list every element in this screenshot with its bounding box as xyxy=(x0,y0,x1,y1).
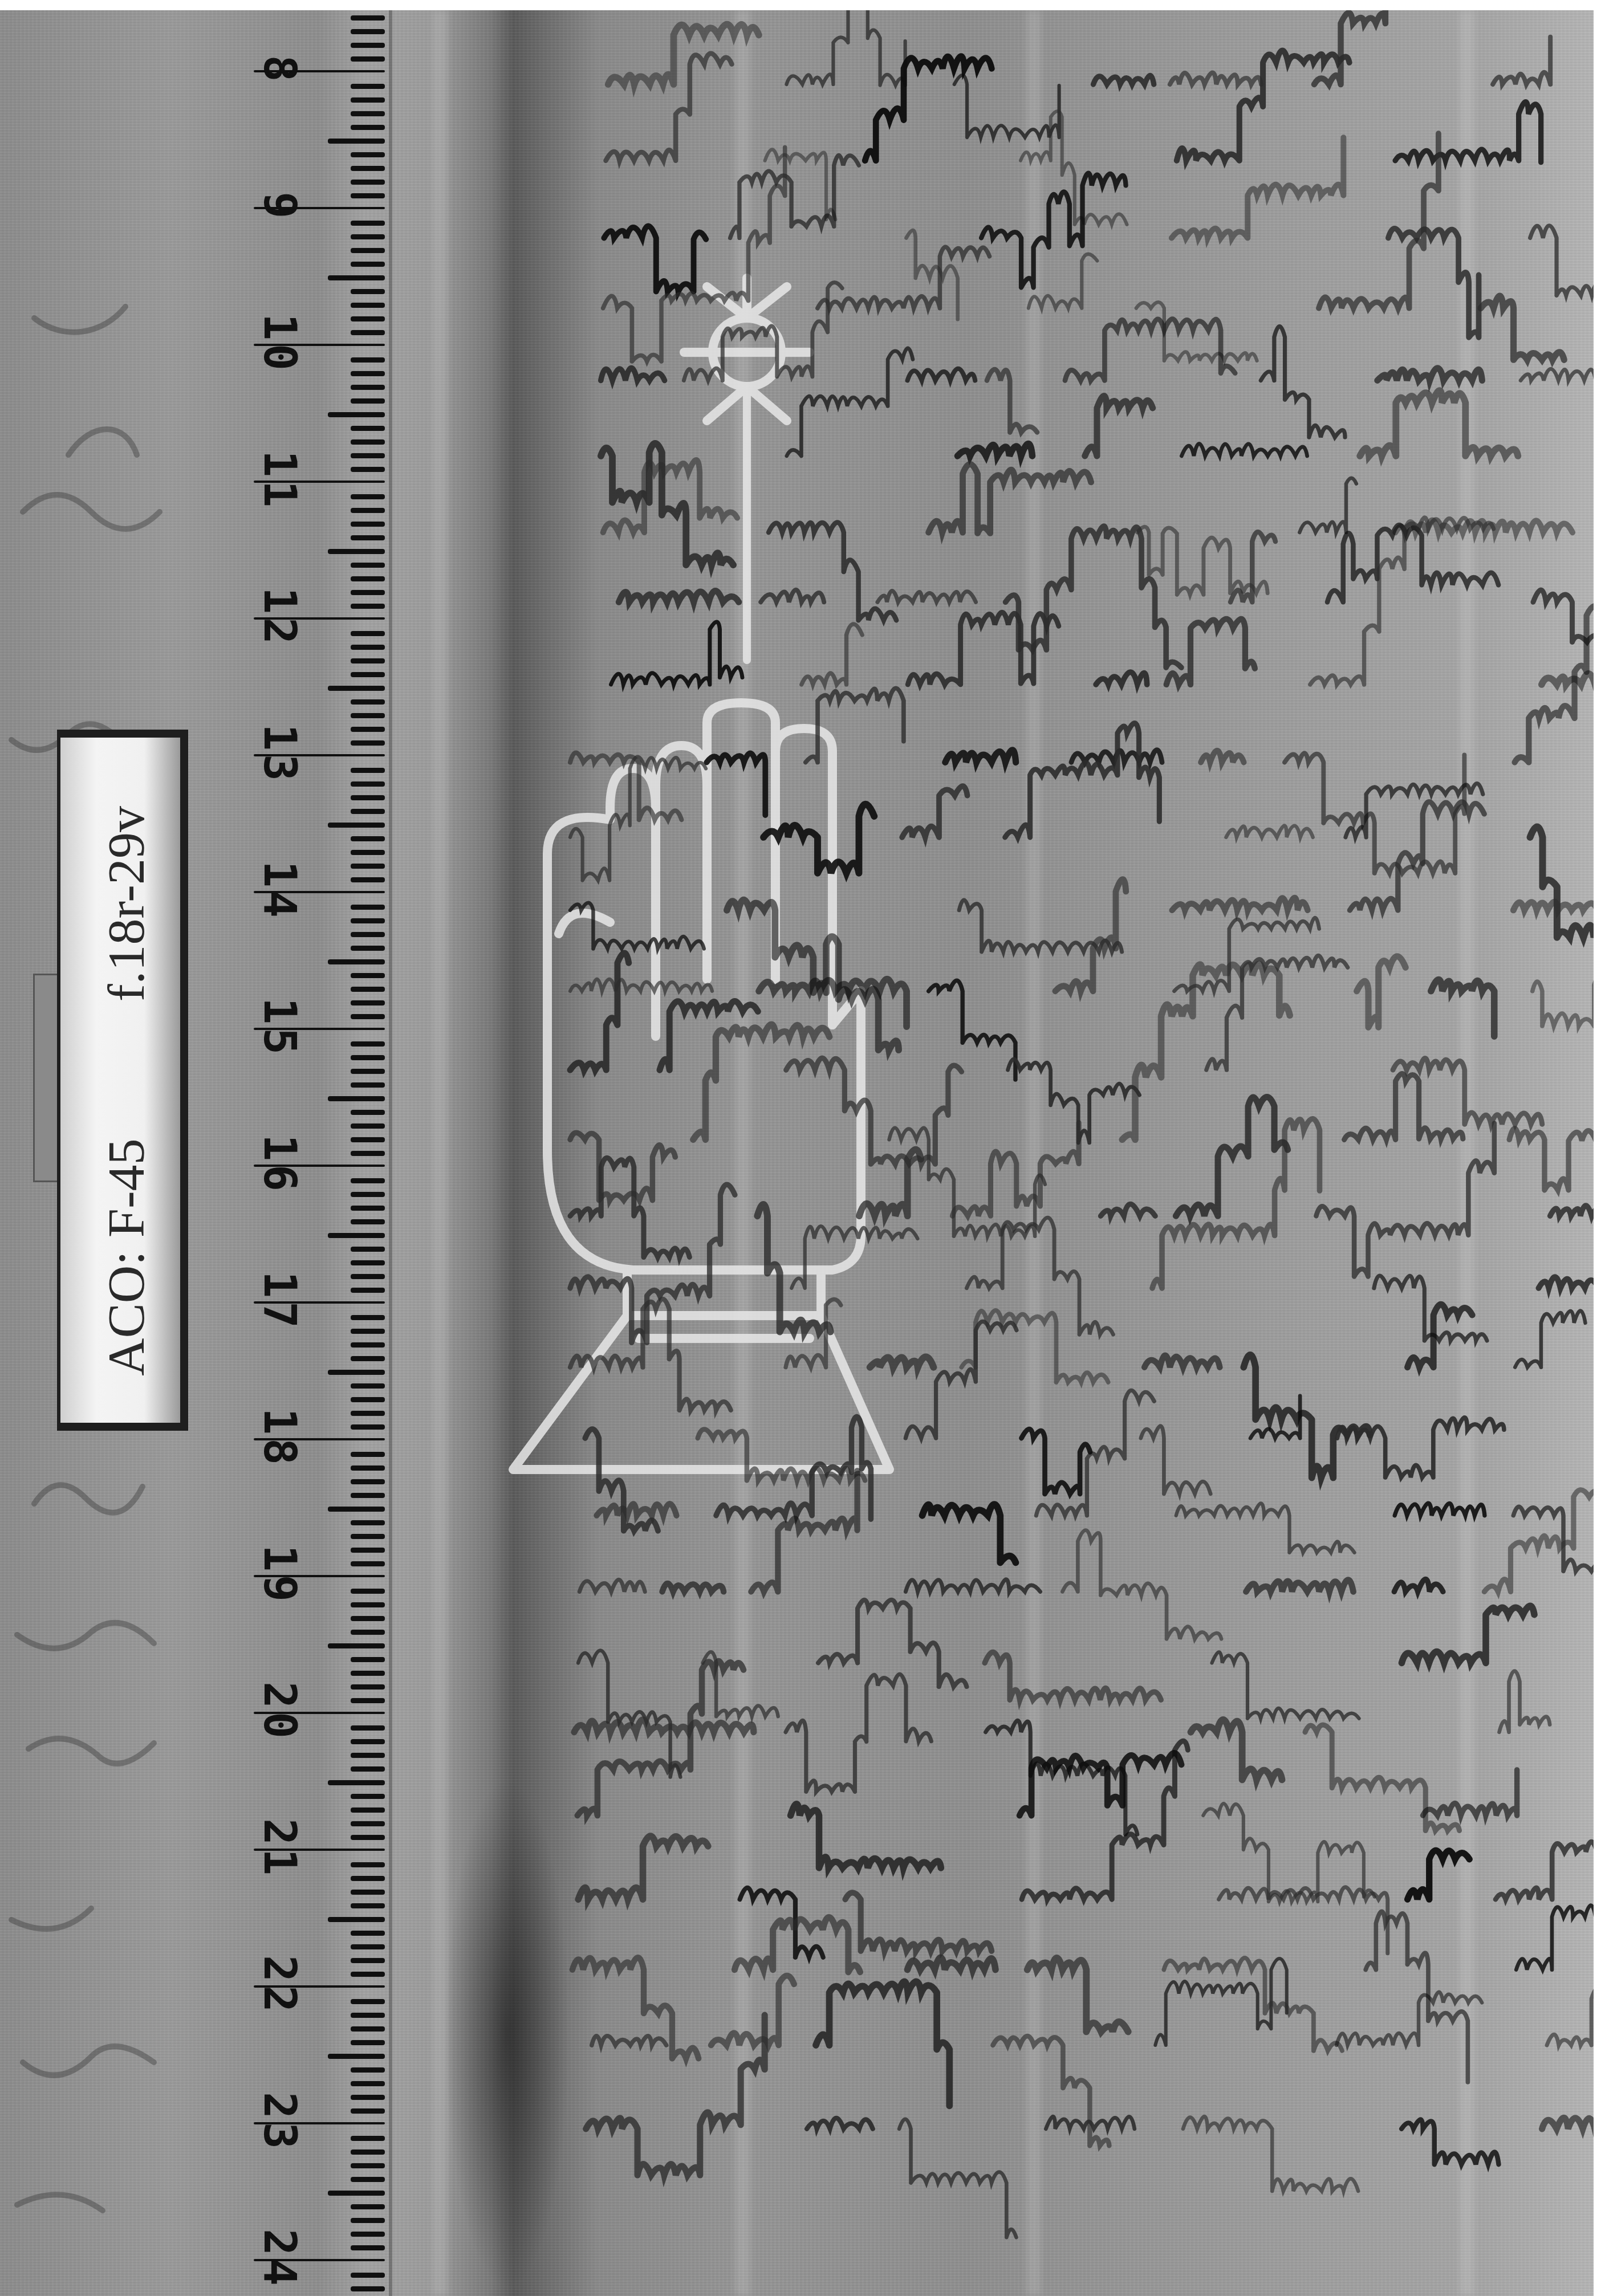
handwritten-word xyxy=(1530,171,1594,295)
handwritten-word xyxy=(601,443,733,565)
handwritten-word xyxy=(1094,75,1154,84)
handwritten-word xyxy=(877,591,976,603)
handwritten-word xyxy=(606,54,732,161)
handwritten-word xyxy=(1261,327,1345,437)
handwritten-word xyxy=(578,1650,680,1777)
handwritten-word xyxy=(1176,1097,1287,1216)
handwritten-word xyxy=(1394,1579,1443,1592)
handwritten-word xyxy=(1181,443,1307,456)
handwritten-word xyxy=(1530,827,1594,938)
handwritten-word xyxy=(923,1504,1016,1562)
handwritten-word xyxy=(1244,1355,1370,1478)
handwritten-word xyxy=(957,444,1032,456)
handwritten-word xyxy=(1395,1503,1485,1516)
handwritten-word xyxy=(1314,10,1437,84)
handwritten-word xyxy=(1431,980,1494,1037)
handwritten-word xyxy=(592,2036,667,2045)
handwritten-word xyxy=(1533,974,1594,1026)
handwritten-word xyxy=(1310,518,1494,685)
handwritten-word xyxy=(1327,525,1498,602)
handwritten-word xyxy=(601,368,665,381)
handwritten-word xyxy=(905,1321,1017,1438)
handwritten-word xyxy=(570,979,712,991)
handwritten-word xyxy=(570,1184,735,1342)
handwritten-word xyxy=(1521,369,1594,380)
handwritten-word xyxy=(1401,2119,1498,2164)
handwritten-word xyxy=(579,1579,645,1591)
handwritten-word xyxy=(786,10,905,86)
handwritten-word xyxy=(1226,825,1313,837)
handwritten-word xyxy=(818,1600,966,1687)
handwritten-word xyxy=(865,56,992,161)
handwritten-word xyxy=(1176,1503,1355,1552)
handwritten-word xyxy=(981,173,1125,288)
handwritten-word xyxy=(763,804,874,873)
handwritten-word xyxy=(578,1661,743,1815)
handwritten-word xyxy=(945,750,1016,763)
handwritten-word xyxy=(1408,1850,1470,1899)
handwritten-word xyxy=(802,624,862,685)
handwritten-word xyxy=(1036,1390,1154,1516)
handwritten-word xyxy=(570,903,704,949)
handwritten-word xyxy=(907,1957,995,1969)
handwritten-word xyxy=(1212,1652,1359,1718)
handwritten-text xyxy=(0,10,1594,2296)
handwritten-word xyxy=(889,1128,1045,1236)
handwritten-word xyxy=(899,2119,1016,2237)
handwritten-word xyxy=(1021,111,1127,225)
handwritten-word xyxy=(1388,229,1479,337)
handwritten-word xyxy=(1122,964,1290,1139)
handwritten-word xyxy=(1393,1058,1542,1124)
handwritten-word xyxy=(987,369,1037,432)
handwritten-word xyxy=(1509,1129,1594,1190)
handwritten-word xyxy=(1008,1059,1140,1143)
handwritten-word xyxy=(1096,672,1147,685)
handwritten-word xyxy=(1027,1958,1128,2032)
handwritten-word xyxy=(570,953,629,1070)
handwritten-word xyxy=(761,590,824,603)
handwritten-word xyxy=(1191,1720,1282,1780)
handwritten-word xyxy=(1513,899,1594,910)
handwritten-word xyxy=(787,348,913,456)
handwritten-word xyxy=(1350,802,1484,910)
handwritten-word xyxy=(1005,723,1160,837)
handwritten-word xyxy=(806,688,904,762)
handwritten-word xyxy=(1360,390,1518,456)
handwritten-word xyxy=(1137,527,1267,595)
handwritten-word xyxy=(786,1058,962,1164)
handwritten-word xyxy=(1167,619,1255,685)
handwritten-word xyxy=(786,1674,931,1792)
handwritten-word xyxy=(807,2118,873,2129)
handwritten-word xyxy=(570,1299,731,1410)
handwritten-word xyxy=(693,1024,830,1139)
handwritten-word xyxy=(1401,1606,1534,1663)
handwritten-word xyxy=(870,1357,934,1367)
handwritten-word xyxy=(908,369,976,381)
handwritten-word xyxy=(1136,302,1257,361)
handwritten-word xyxy=(846,1892,992,1951)
handwritten-word xyxy=(759,979,907,1027)
handwritten-word xyxy=(1177,50,1350,160)
handwritten-word xyxy=(1493,37,1550,84)
handwritten-word xyxy=(1100,1204,1155,1216)
handwritten-word xyxy=(985,1652,1161,1700)
handwritten-word xyxy=(574,1720,754,1732)
handwritten-word xyxy=(1141,1426,1210,1494)
handwritten-word xyxy=(791,1226,917,1288)
handwritten-word xyxy=(1423,1770,1517,1815)
handwritten-word xyxy=(818,247,990,308)
handwritten-word xyxy=(1029,254,1098,308)
handwritten-word xyxy=(791,1804,941,1868)
handwritten-word xyxy=(952,1123,1079,1216)
handwritten-word xyxy=(954,75,1059,137)
handwritten-word xyxy=(1395,102,1541,162)
handwritten-word xyxy=(986,1720,1137,1834)
handwritten-word xyxy=(1065,319,1235,381)
handwritten-word xyxy=(1378,368,1482,381)
handwritten-word xyxy=(570,1158,689,1257)
handwritten-word xyxy=(1152,1119,1319,1288)
handwritten-word xyxy=(1019,1753,1181,1815)
handwritten-word xyxy=(660,1001,758,1070)
handwritten-word xyxy=(902,786,967,837)
handwritten-word xyxy=(1164,1958,1342,2051)
handwritten-word xyxy=(1246,1580,1353,1592)
handwritten-word xyxy=(1539,1277,1594,1288)
handwritten-word xyxy=(619,591,738,602)
handwritten-word xyxy=(1021,1429,1090,1494)
handwritten-word xyxy=(1299,478,1356,532)
handwritten-word xyxy=(1144,1355,1220,1367)
handwritten-word xyxy=(1183,2116,1358,2191)
handwritten-word xyxy=(757,1204,830,1332)
handwritten-word xyxy=(1515,1311,1585,1367)
handwritten-word xyxy=(1547,1988,1594,2045)
handwritten-word xyxy=(908,612,1059,685)
handwritten-word xyxy=(1500,1671,1550,1732)
handwritten-word xyxy=(1172,898,1308,910)
handwritten-word xyxy=(611,622,742,685)
handwritten-word xyxy=(1344,1074,1463,1140)
handwritten-word xyxy=(769,523,896,621)
handwritten-word xyxy=(604,226,706,292)
handwritten-word xyxy=(711,1976,794,2045)
handwritten-word xyxy=(816,1981,949,2106)
handwritten-word xyxy=(929,980,1015,1080)
handwritten-word xyxy=(1316,1123,1494,1277)
handwritten-word xyxy=(1357,956,1406,1027)
handwritten-word xyxy=(1481,296,1564,360)
handwritten-word xyxy=(1516,1906,1594,1970)
handwritten-word xyxy=(662,1583,724,1591)
handwritten-word xyxy=(706,753,765,815)
handwritten-word xyxy=(1055,880,1126,991)
handwritten-word xyxy=(608,25,759,84)
handwritten-word xyxy=(751,1471,857,1591)
handwritten-word xyxy=(929,464,1091,533)
manuscript-scan: 89101112131415161718192021222324 ACO: F-… xyxy=(0,10,1594,2296)
handwritten-word xyxy=(730,156,859,238)
handwritten-word xyxy=(596,1504,676,1516)
handwritten-word xyxy=(1542,2117,1594,2129)
handwritten-word xyxy=(1085,396,1153,455)
handwritten-word xyxy=(1062,1530,1221,1639)
handwritten-word xyxy=(1170,72,1261,84)
handwritten-word xyxy=(993,2036,1109,2146)
handwritten-word xyxy=(1201,751,1244,763)
handwritten-word xyxy=(905,1579,1040,1592)
handwritten-word xyxy=(1336,1992,1482,2045)
handwritten-word xyxy=(578,1836,708,1899)
